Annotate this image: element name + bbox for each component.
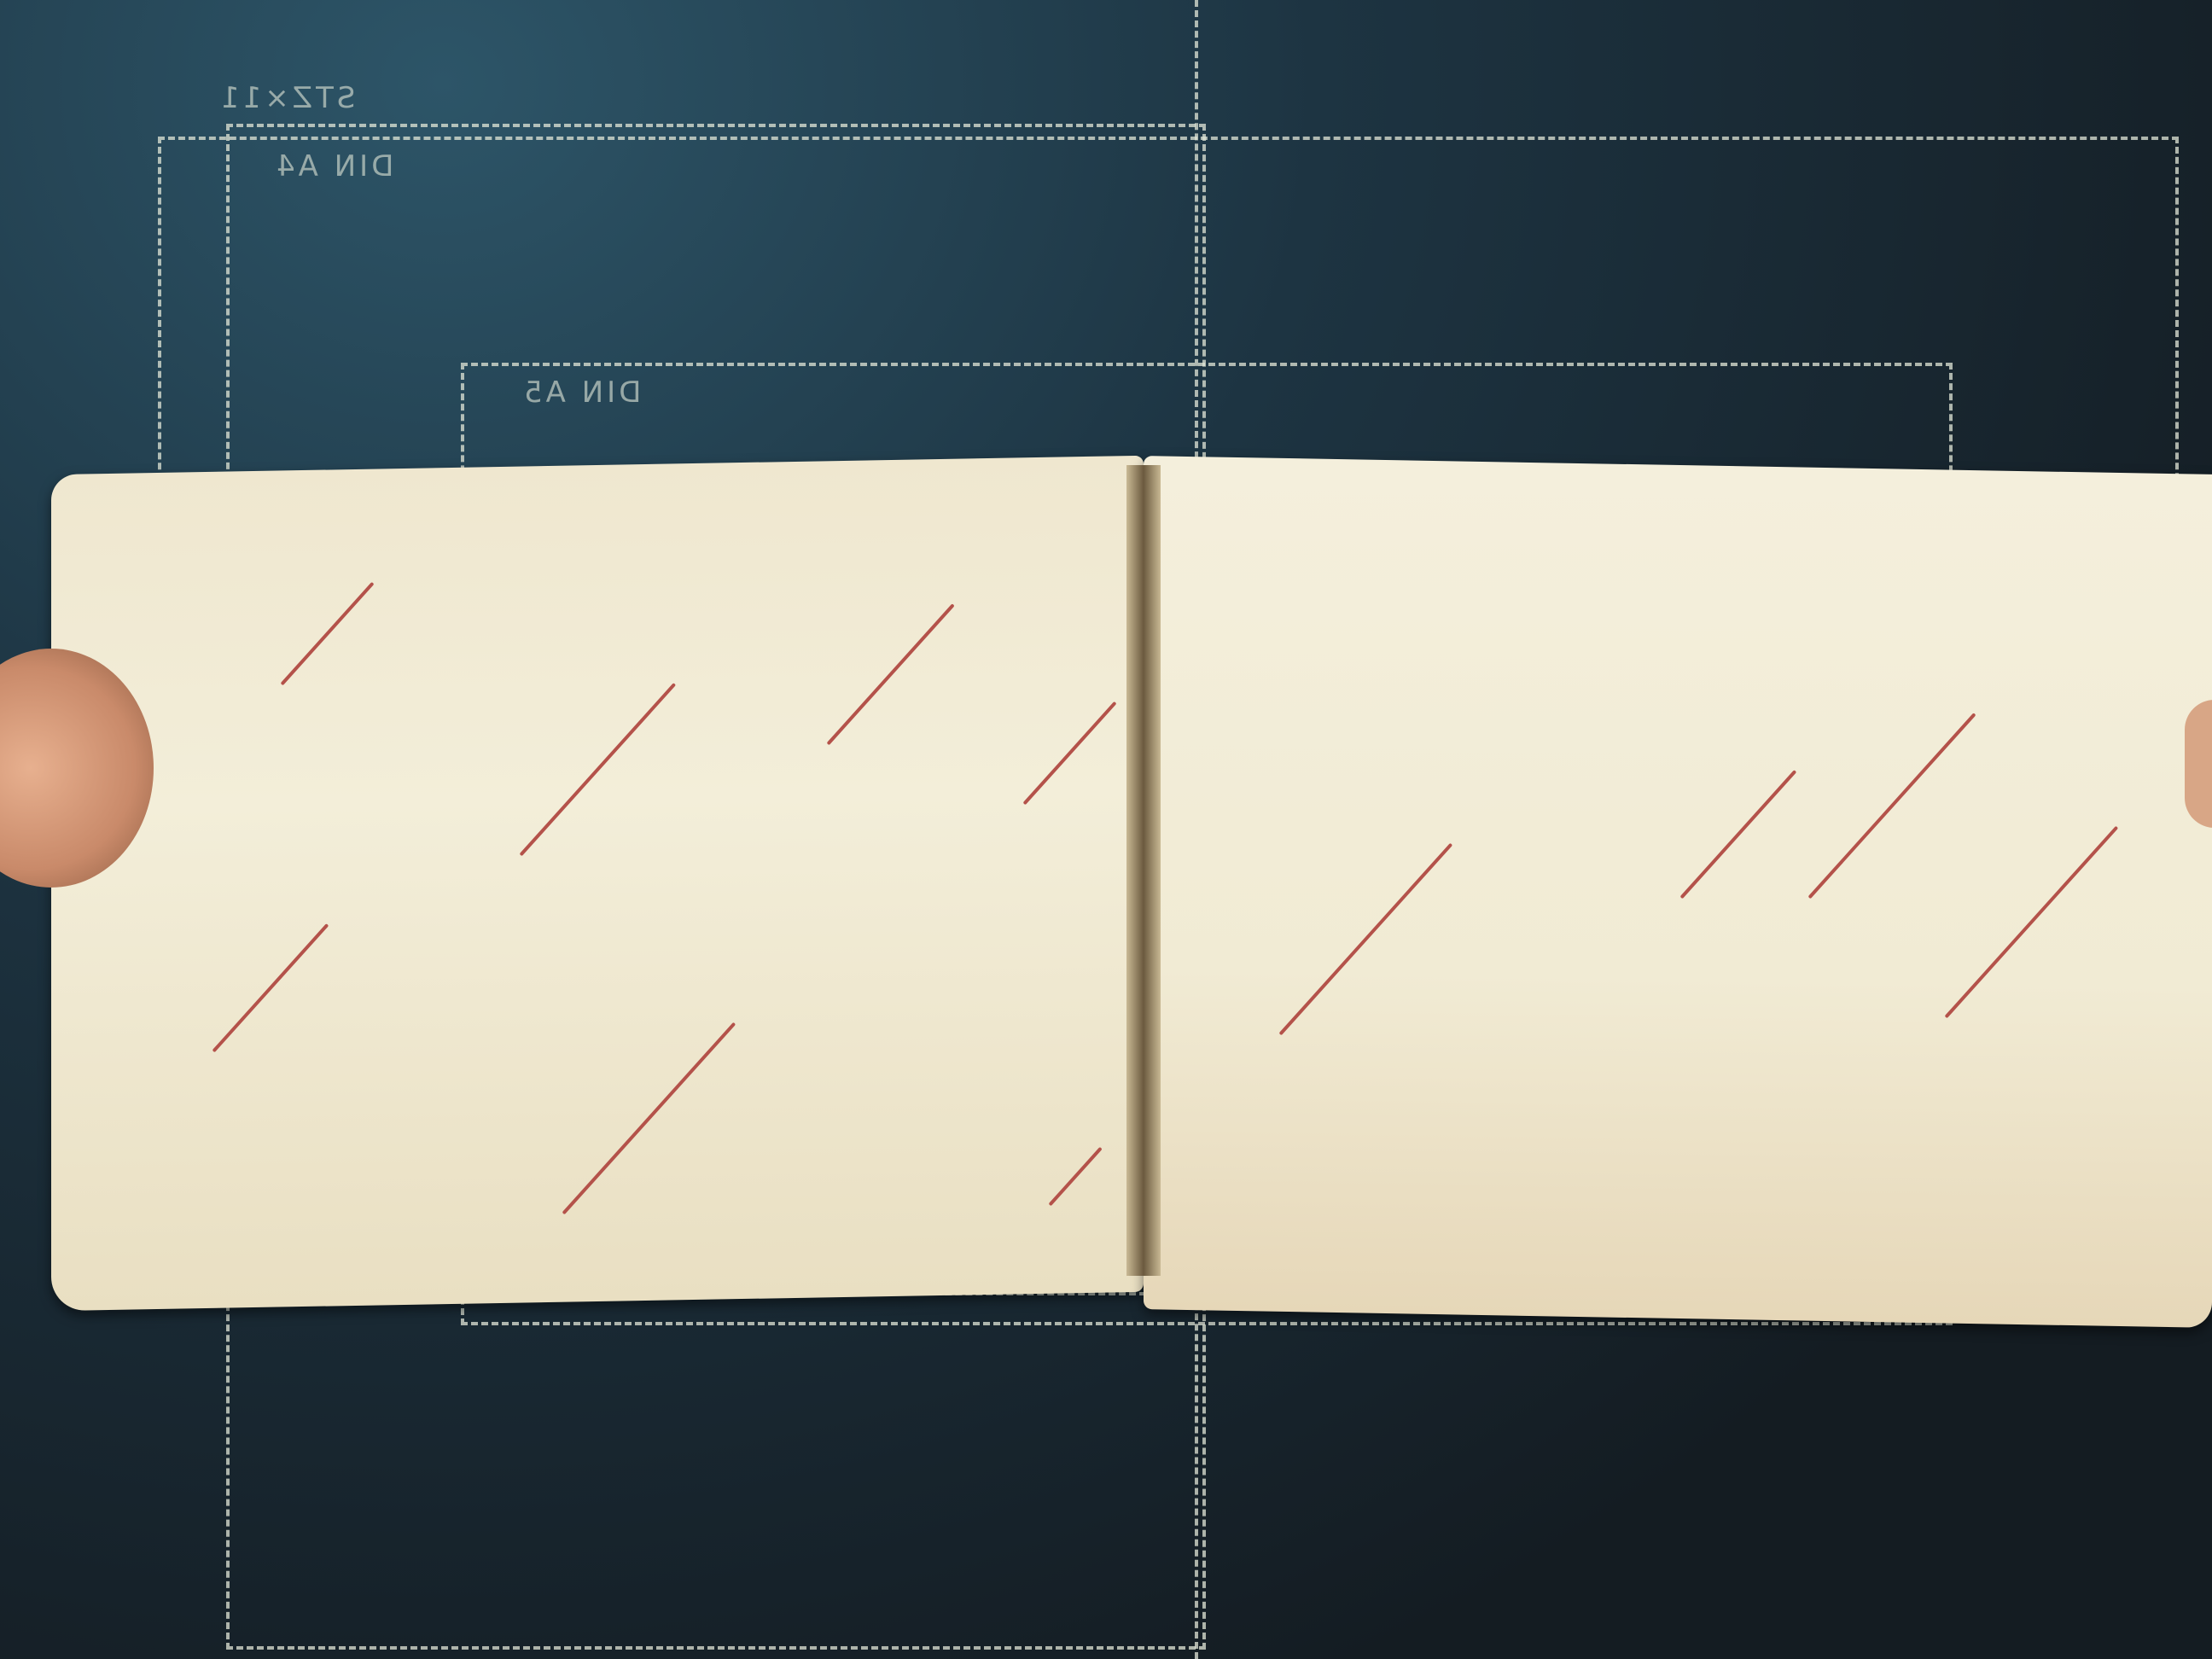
mat-label-a4: DIN A4 <box>273 149 393 183</box>
holding-finger <box>2185 700 2212 828</box>
manuscript-gutter <box>1126 465 1161 1276</box>
mat-label-a5: DIN A5 <box>521 375 641 410</box>
mat-label-size: STZ×11 <box>218 81 355 115</box>
manuscript-left-page <box>51 456 1144 1311</box>
manuscript-right-page <box>1144 456 2212 1328</box>
